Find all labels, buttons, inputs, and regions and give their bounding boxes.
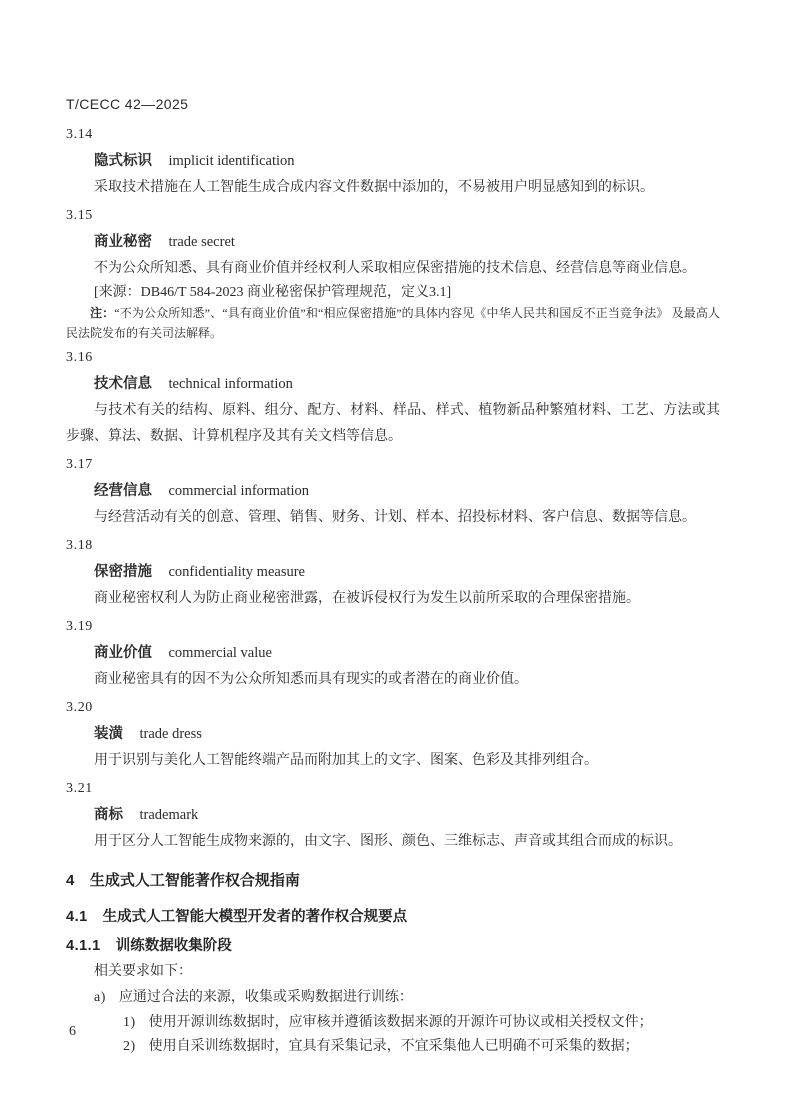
subsection-title: 训练数据收集阶段: [116, 938, 232, 954]
chapter-title: 生成式人工智能著作权合规指南: [90, 872, 300, 889]
list-marker: 1): [123, 1015, 136, 1030]
section-title: 生成式人工智能大模型开发者的著作权合规要点: [103, 909, 408, 925]
section-number: 4.1: [66, 909, 88, 925]
term-section-3-15: 3.15 商业秘密 trade secret 不为公众所知悉、具有商业价值并经权…: [66, 203, 720, 343]
term-heading: 装潢 trade dress: [66, 721, 720, 748]
term-definition: 商业秘密具有的因不为公众所知悉而具有现实的或者潜在的商业价值。: [66, 667, 720, 693]
list-marker: 2): [123, 1039, 136, 1054]
clause-number: 3.16: [66, 345, 720, 371]
page-number: 6: [69, 1022, 76, 1042]
term-zh: 隐式标识: [94, 153, 152, 169]
term-definition: 与技术有关的结构、原料、组分、配方、材料、样品、样式、植物新品种繁殖材料、工艺、…: [66, 398, 720, 450]
term-heading: 保密措施 confidentiality measure: [66, 559, 720, 586]
term-en: trade secret: [169, 234, 235, 250]
term-definition: 用于区分人工智能生成物来源的，由文字、图形、颜色、三维标志、声音或其组合而成的标…: [66, 829, 720, 855]
term-zh: 装潢: [94, 726, 123, 742]
term-en: trademark: [140, 807, 199, 823]
term-source-reference: [来源：DB46/T 584-2023 商业秘密保护管理规范，定义3.1]: [66, 282, 720, 304]
list-marker: a): [94, 990, 106, 1005]
term-section-3-21: 3.21 商标 trademark 用于区分人工智能生成物来源的，由文字、图形、…: [66, 776, 720, 855]
term-zh: 经营信息: [94, 483, 152, 499]
term-en: commercial value: [169, 645, 272, 661]
term-section-3-14: 3.14 隐式标识 implicit identification 采取技术措施…: [66, 122, 720, 201]
term-zh: 技术信息: [94, 376, 152, 392]
requirements-intro: 相关要求如下：: [66, 959, 720, 985]
chapter-heading: 4生成式人工智能著作权合规指南: [66, 868, 720, 894]
term-definition: 采取技术措施在人工智能生成合成内容文件数据中添加的，不易被用户明显感知到的标识。: [66, 175, 720, 201]
term-section-3-19: 3.19 商业价值 commercial value 商业秘密具有的因不为公众所…: [66, 614, 720, 693]
clause-number: 3.21: [66, 776, 720, 802]
subsection-number: 4.1.1: [66, 938, 101, 954]
section-heading: 4.1生成式人工智能大模型开发者的著作权合规要点: [66, 904, 720, 930]
term-heading: 商业价值 commercial value: [66, 640, 720, 667]
list-text: 使用开源训练数据时，应审核并遵循该数据来源的开源许可协议或相关授权文件；: [149, 1015, 653, 1030]
term-en: confidentiality measure: [169, 564, 306, 580]
term-en: trade dress: [140, 726, 202, 742]
term-definition: 与经营活动有关的创意、管理、销售、财务、计划、样本、招投标材料、客户信息、数据等…: [66, 505, 720, 531]
clause-number: 3.14: [66, 122, 720, 148]
term-note: 注：“不为公众所知悉”、“具有商业价值”和“相应保密措施”的具体内容见《中华人民…: [66, 304, 720, 343]
term-heading: 经营信息 commercial information: [66, 478, 720, 505]
document-page: T/CECC 42—2025 3.14 隐式标识 implicit identi…: [0, 0, 786, 1114]
list-item-1: 1)使用开源训练数据时，应审核并遵循该数据来源的开源许可协议或相关授权文件；: [66, 1011, 720, 1035]
clause-number: 3.20: [66, 695, 720, 721]
list-item-2: 2)使用自采训练数据时，宜具有采集记录，不宜采集他人已明确不可采集的数据；: [66, 1035, 720, 1059]
term-heading: 商业秘密 trade secret: [66, 229, 720, 256]
term-en: implicit identification: [169, 153, 295, 169]
clause-number: 3.19: [66, 614, 720, 640]
term-zh: 保密措施: [94, 564, 152, 580]
term-definition: 不为公众所知悉、具有商业价值并经权利人采取相应保密措施的技术信息、经营信息等商业…: [66, 256, 720, 282]
list-text: 使用自采训练数据时，宜具有采集记录，不宜采集他人已明确不可采集的数据；: [149, 1039, 639, 1054]
term-zh: 商业秘密: [94, 234, 152, 250]
term-section-3-20: 3.20 装潢 trade dress 用于识别与美化人工智能终端产品而附加其上…: [66, 695, 720, 774]
chapter-number: 4: [66, 872, 75, 889]
term-section-3-17: 3.17 经营信息 commercial information 与经营活动有关…: [66, 452, 720, 531]
standard-code-header: T/CECC 42—2025: [66, 92, 720, 116]
note-text: “不为公众所知悉”、“具有商业价值”和“相应保密措施”的具体内容见《中华人民共和…: [66, 306, 720, 340]
term-section-3-16: 3.16 技术信息 technical information 与技术有关的结构…: [66, 345, 720, 450]
term-heading: 隐式标识 implicit identification: [66, 148, 720, 175]
term-section-3-18: 3.18 保密措施 confidentiality measure 商业秘密权利…: [66, 533, 720, 612]
term-en: commercial information: [169, 483, 310, 499]
clause-number: 3.18: [66, 533, 720, 559]
list-text: 应通过合法的来源，收集或采购数据进行训练：: [119, 990, 413, 1005]
note-label: 注：: [90, 306, 114, 320]
subsection-heading: 4.1.1训练数据收集阶段: [66, 933, 720, 959]
term-zh: 商业价值: [94, 645, 152, 661]
term-definition: 商业秘密权利人为防止商业秘密泄露，在被诉侵权行为发生以前所采取的合理保密措施。: [66, 586, 720, 612]
term-zh: 商标: [94, 807, 123, 823]
list-item-a: a)应通过合法的来源，收集或采购数据进行训练：: [66, 985, 720, 1011]
term-heading: 技术信息 technical information: [66, 371, 720, 398]
clause-number: 3.15: [66, 203, 720, 229]
clause-number: 3.17: [66, 452, 720, 478]
term-en: technical information: [169, 376, 293, 392]
term-heading: 商标 trademark: [66, 802, 720, 829]
term-definition: 用于识别与美化人工智能终端产品而附加其上的文字、图案、色彩及其排列组合。: [66, 748, 720, 774]
